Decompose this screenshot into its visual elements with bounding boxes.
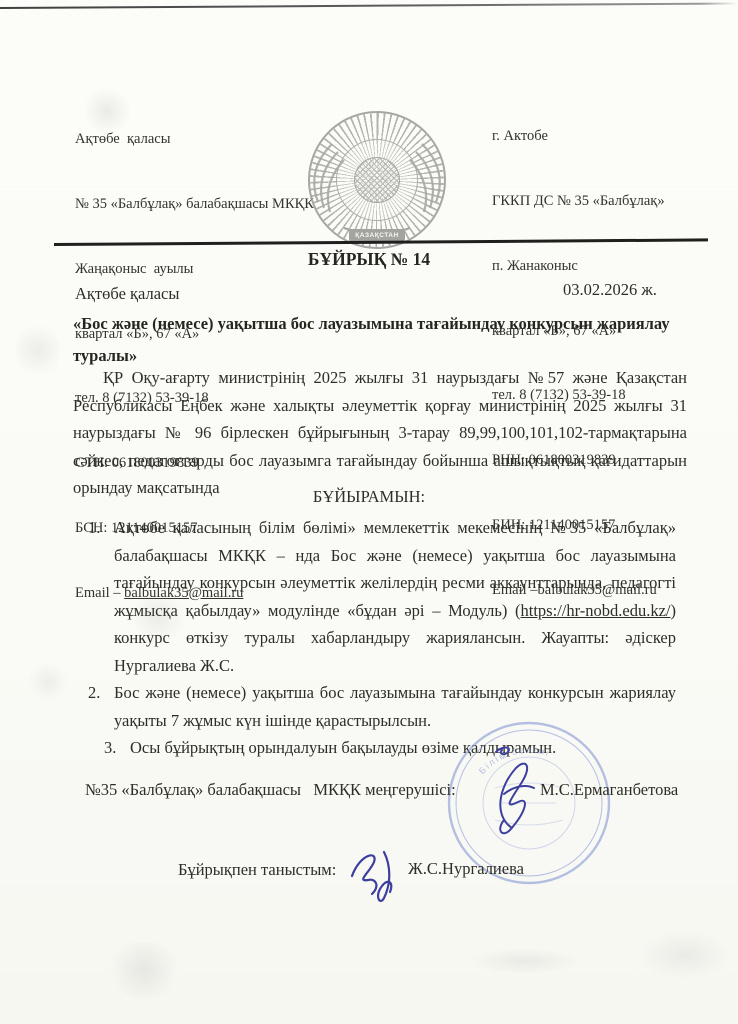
addr-line: ГККП ДС № 35 «Балбұлақ» [492,191,722,213]
order-preamble: ҚР Оқу-ағарту министрінің 2025 жылғы 31 … [73,364,687,502]
resolve-word: БҰЙЫРАМЫН: [0,487,738,507]
issue-place: Ақтөбе қаласы [75,284,179,304]
document-title: БҰЙРЫҚ № 14 [0,249,738,270]
scan-noise [470,948,580,974]
scan-noise [16,320,60,380]
hr-nobd-link-text: https://hr-nobd.edu.kz/ [521,601,671,620]
manager-signature-ink [482,738,546,842]
kazakhstan-emblem-icon: ҚАЗАҚСТАН [304,110,450,252]
manager-signature-label: №35 «Балбұлақ» балабақшасы МКҚК меңгеруш… [85,780,456,800]
ack-signature-name: Ж.С.Нургалиева [408,859,524,879]
scan-edge-artifact [0,2,738,9]
scan-noise [104,942,184,998]
addr-line: г. Актобе [492,126,722,148]
ack-signature-ink [346,842,404,902]
item-number: 1. [88,514,114,679]
scan-noise [640,930,730,980]
document-page: Ақтөбе қаласы № 35 «Балбұлақ» балабақшас… [0,0,738,1024]
scan-noise [28,662,68,702]
item-text: Ақтөбе қаласының білім бөлімі» мемлекетт… [114,514,676,679]
item-number: 2. [88,679,114,734]
issue-date: 03.02.2026 ж. [563,280,657,300]
order-item-1: 1. Ақтөбе қаласының білім бөлімі» мемлек… [88,514,676,679]
manager-signature-name: М.С.Ермаганбетова [540,780,678,800]
order-subject: «Бос және (немесе) уақытша бос лауазымын… [73,308,713,372]
ack-signature-label: Бұйрықпен таныстым: [178,860,336,880]
item-number: 3. [104,734,130,762]
